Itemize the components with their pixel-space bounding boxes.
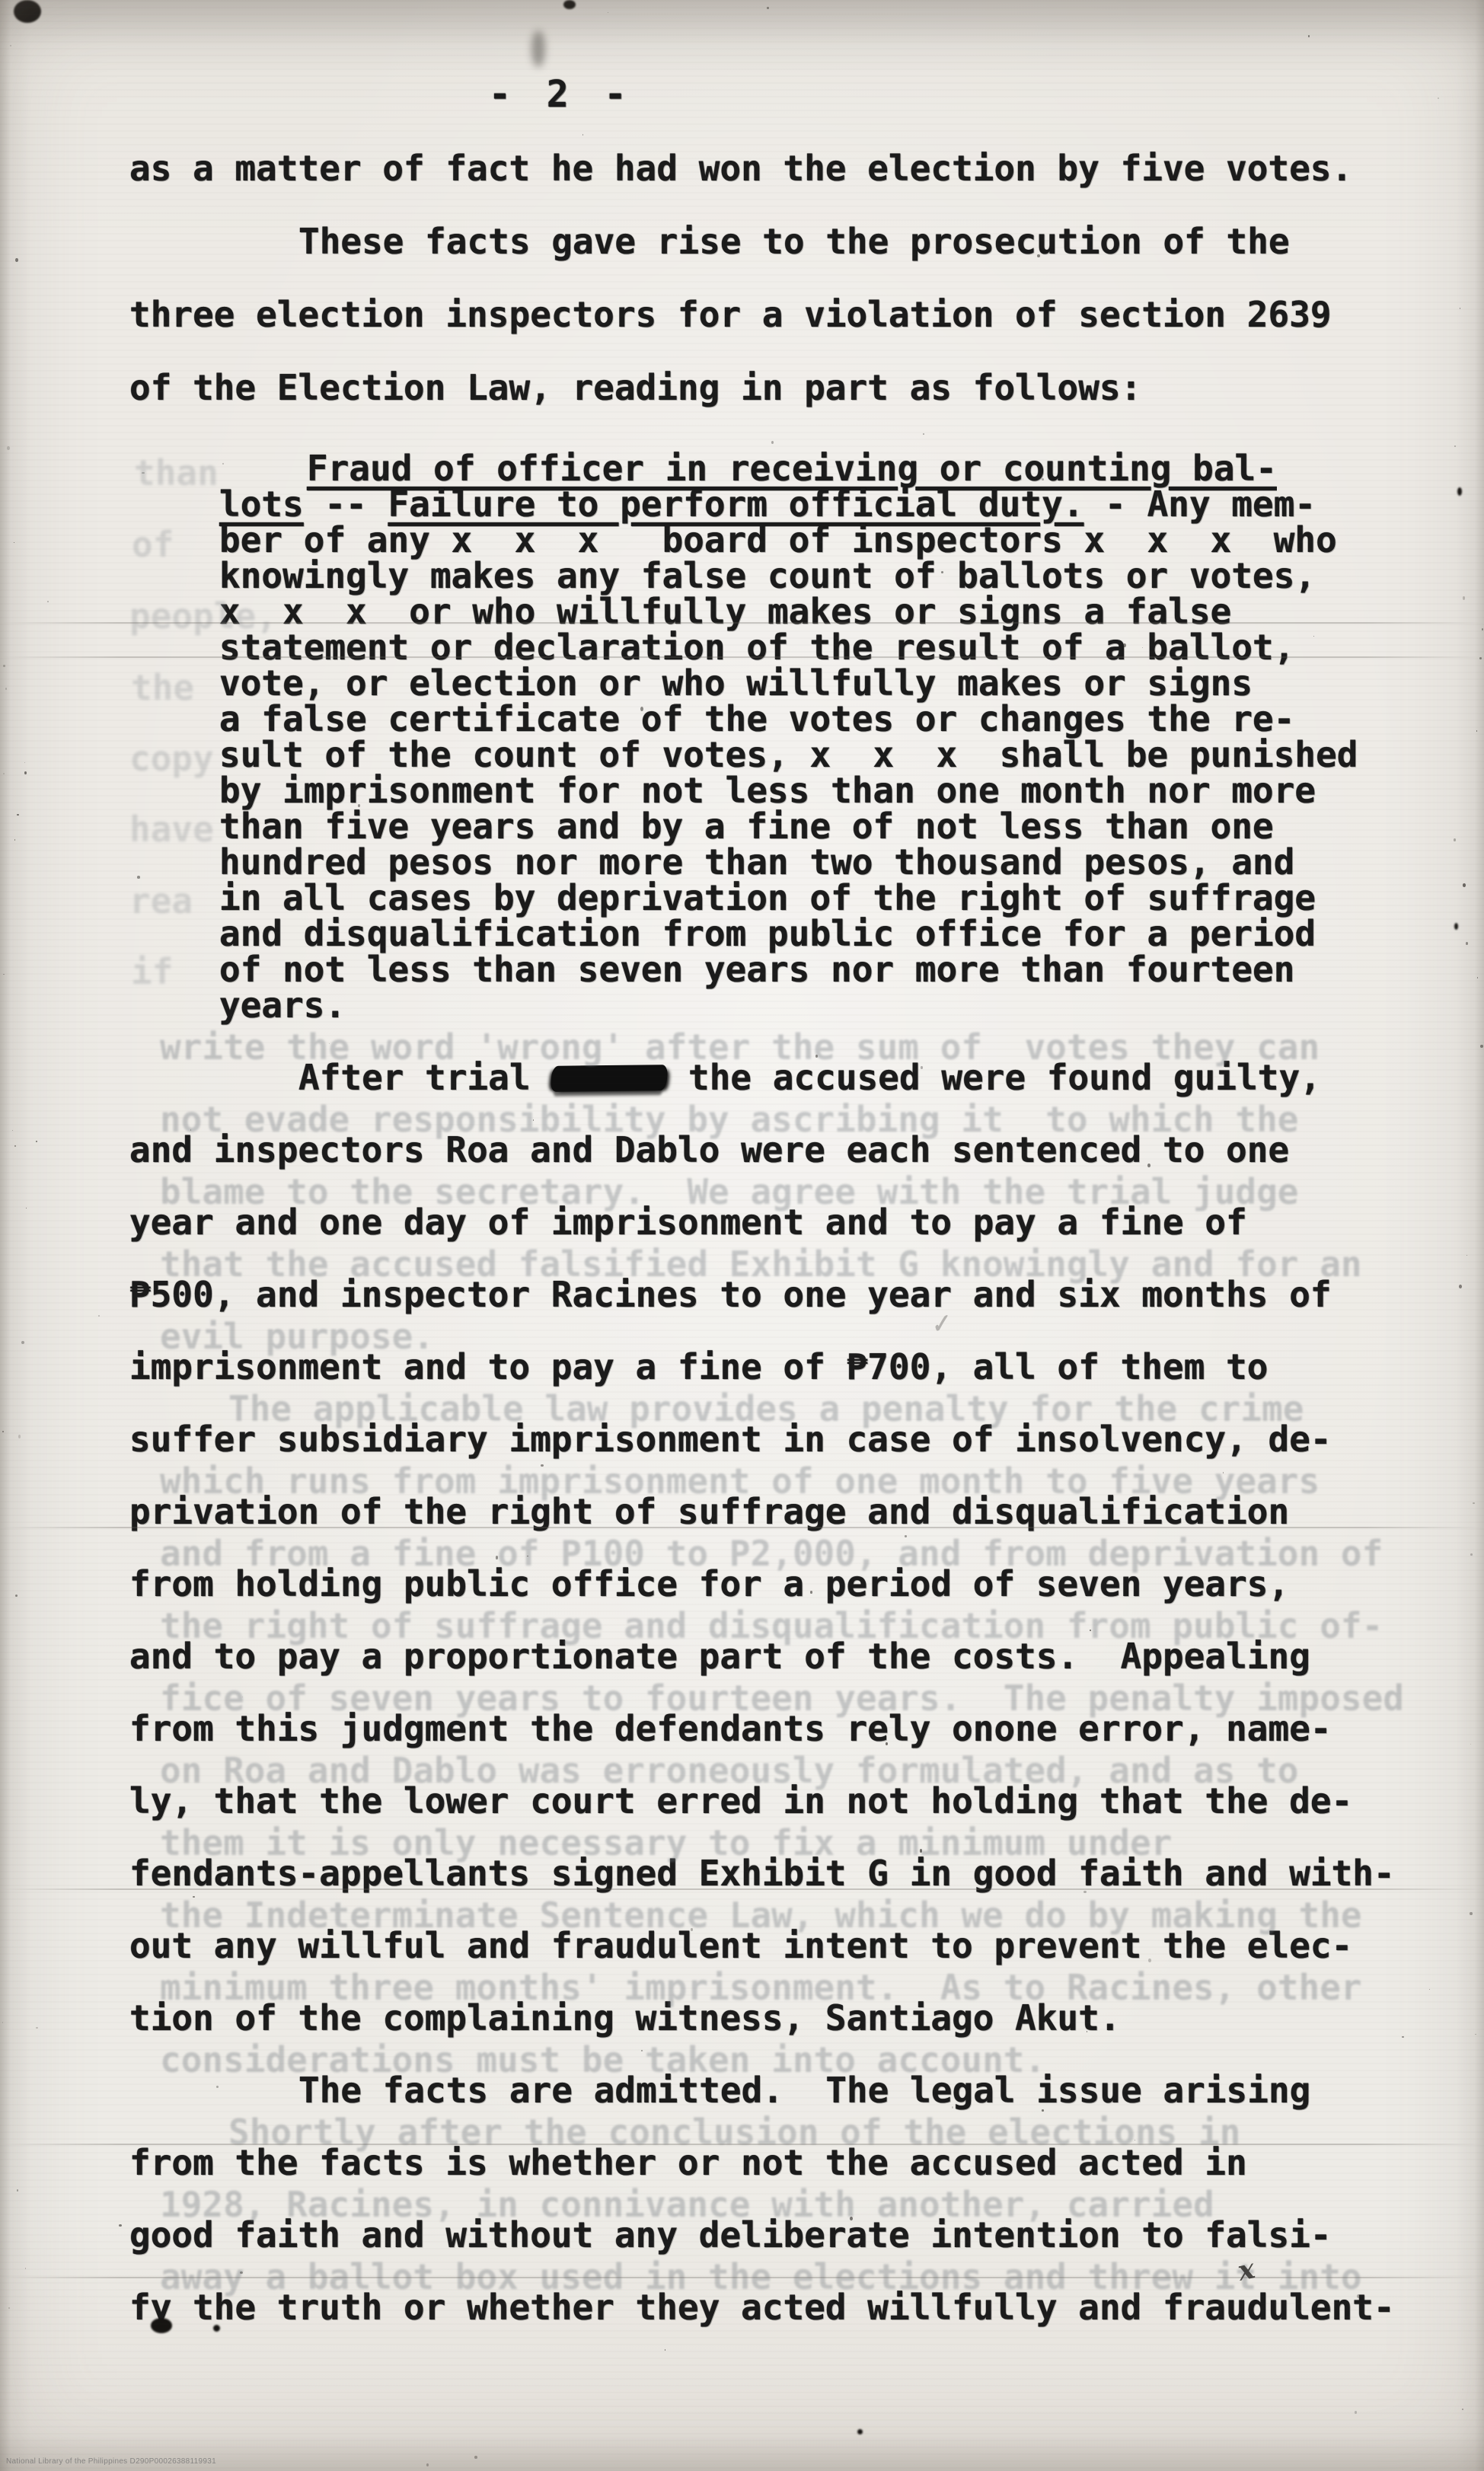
dust-speck [665,2349,665,2351]
dust-speck [1308,35,1310,37]
dust-speck [1466,1255,1467,1256]
ink-blot [857,2429,863,2434]
blockquote-line: years. [219,988,346,1023]
blockquote-line: vote, or election or who willfully makes… [219,666,1253,701]
dust-speck [1147,1164,1150,1167]
dust-speck [1402,2036,1404,2038]
bleedthrough-fragment: have [129,812,214,847]
dust-speck [7,446,10,450]
dust-speck [1473,1502,1475,1504]
dust-speck [850,2217,853,2220]
ink-blot [563,0,576,9]
bleedthrough-line: on Roa and Dablo was erroneously formula… [160,1753,1299,1788]
bleedthrough-fragment: rea [129,883,193,918]
dust-speck [25,2268,26,2269]
blockquote-line: Fraud of officer in receiving or countin… [307,451,1277,486]
dust-speck [1459,1285,1462,1288]
dust-speck [640,707,643,711]
page-number: - 2 - [489,73,633,116]
dust-speck [669,694,672,696]
dust-speck [1454,445,1456,447]
dust-speck [1475,2034,1476,2035]
dust-speck [1463,883,1466,887]
bleedthrough-line: fice of seven years to fourteen years. T… [160,1681,1404,1716]
scanner-footer-label: National Library of the Philippines D290… [6,2457,216,2466]
dust-speck [941,571,943,573]
dust-speck [14,1145,16,1147]
bleedthrough-line: away a ballot box used in the elections … [160,2259,1362,2294]
dust-speck [21,1341,24,1344]
dust-speck [36,1141,37,1142]
dust-speck [119,2224,122,2227]
text-line: three election inspectors for a violatio… [129,297,1332,332]
dust-speck [17,814,19,816]
dust-speck [905,1535,907,1537]
dust-speck [137,876,140,879]
text-line: These facts gave rise to the prosecution… [298,224,1290,259]
blockquote-line: and disqualification from public office … [219,916,1316,951]
dust-speck [24,762,25,763]
dust-speck [10,45,11,46]
dust-speck [2,2022,3,2023]
bleedthrough-line: The applicable law provides a penalty fo… [228,1391,1304,1426]
dust-speck [1007,1517,1010,1521]
dust-speck [12,1130,13,1131]
dust-speck [15,258,18,262]
dust-speck [1463,596,1465,600]
dust-speck [920,1849,922,1853]
bleedthrough-line: which runs from imprisonment of one mont… [160,1464,1320,1499]
ink-blot [14,0,41,23]
dust-speck [1148,1959,1151,1962]
bleedthrough-line: minimum three months' imprisonment. As t… [160,1970,1362,2005]
dust-speck [582,134,583,136]
bleedthrough-line: 1928, Racines, in connivance with anothe… [160,2187,1214,2222]
dust-speck [1269,978,1271,979]
dust-speck [24,771,27,774]
dust-speck [26,1208,27,1208]
bleedthrough-line: evil purpose. [160,1319,434,1354]
blockquote-line: in all cases by deprivation of the right… [219,880,1316,915]
bleedthrough-line: the Indeterminate Sentence Law, which we… [160,1898,1362,1933]
blockquote-line: a false certificate of the votes or chan… [219,701,1294,736]
bleedthrough-line: the right of suffrage and disqualificati… [160,1608,1383,1643]
dust-speck [18,1435,21,1438]
dust-speck [1480,1045,1483,1048]
blockquote-line: lots -- Failure to perform official duty… [219,487,1316,522]
bleedthrough-line: that the accused falsified Exhibit G kno… [160,1247,1362,1282]
bleedthrough-line: blame to the secretary. We agree with th… [160,1174,1299,1209]
document-page: - 2 - as a matter of fact he had won the… [0,0,1484,2471]
dust-speck [833,498,835,500]
dust-speck [14,542,14,543]
bleedthrough-line: write the word 'wrong' after the sum of … [160,1030,1320,1065]
bleedthrough-fragment: than [134,455,219,490]
dust-speck [1470,1553,1473,1556]
dust-speck [240,2271,243,2274]
dust-speck [36,2027,38,2029]
bleedthrough-line: Shortly after the conclusion of the elec… [228,2115,1240,2150]
blockquote-line: than five years and by a fine of not les… [219,809,1274,844]
dust-speck [800,2304,802,2306]
dust-speck [193,1896,195,1898]
dust-speck [1023,1288,1025,1288]
bleedthrough-fragment: the [131,670,194,705]
dust-speck [1479,657,1482,659]
dust-speck [216,2086,219,2088]
bleedthrough-line: them it is only necessary to fix a minim… [160,1825,1172,1860]
dust-speck [2,1431,4,1432]
ink-blot [1454,923,1458,930]
ink-blot [1457,487,1462,496]
text-line: as a matter of fact he had won the elect… [129,151,1352,186]
dust-speck [767,7,769,9]
dust-speck [923,433,924,435]
dust-speck [358,804,360,807]
dust-speck [17,2189,18,2192]
ink-smudge [531,30,545,67]
dust-speck [14,839,15,841]
dust-speck [1460,308,1460,309]
dust-speck [3,974,5,975]
dust-speck [1470,1912,1473,1915]
blockquote-line: ber of any x x x board of inspectors x x… [219,522,1337,557]
dust-speck [1083,1891,1087,1893]
bleedthrough-line: considerations must be taken into accoun… [160,2042,1045,2077]
blockquote-line: x x x or who willfully makes or signs a … [219,594,1231,629]
dust-speck [1476,730,1477,732]
dust-speck [1470,1744,1471,1745]
dust-speck [1482,628,1483,631]
bleedthrough-fragment: people, [129,599,277,634]
dust-speck [1090,1630,1091,1631]
blockquote-line: statement or declaration of the result o… [219,630,1294,665]
blockquote-line: hundred pesos nor more than two thousand… [219,844,1294,880]
dust-speck [921,1066,923,1069]
dust-speck [15,1595,18,1597]
dust-speck [426,2463,429,2466]
dust-speck [1466,942,1468,945]
strikeout-blob [551,1065,669,1092]
dust-speck [1355,2411,1357,2414]
dust-speck [1438,97,1439,99]
bleedthrough-fragment: copy [129,741,214,776]
bleedthrough-line: and from a fine of P100 to P2,000, and f… [160,1536,1383,1571]
dust-speck [1462,2409,1463,2410]
bleedthrough-line: not evade responsibility by ascribing it… [160,1102,1299,1137]
dust-speck [5,688,7,690]
dust-speck [3,665,5,667]
dust-speck [98,1315,100,1317]
blockquote-line: of not less than seven years nor more th… [219,952,1294,987]
dust-speck [47,601,49,602]
dust-speck [771,441,774,444]
bleedthrough-fragment: if [131,954,173,989]
dust-speck [1357,2294,1360,2298]
dust-speck [1477,977,1478,979]
ink-blot [151,2318,172,2333]
dust-speck [1313,636,1314,637]
text-line: of the Election Law, reading in part as … [129,370,1141,405]
blockquote-line: sult of the count of votes, x x x shall … [219,737,1358,772]
dust-speck [222,463,224,465]
blockquote-line: by imprisonment for not less than one mo… [219,773,1316,808]
blockquote-line: knowingly makes any false count of ballo… [219,558,1316,593]
dust-speck [1429,1989,1430,1990]
dust-speck [1454,838,1456,841]
dust-speck [886,1742,888,1745]
dust-speck [3,773,5,774]
dust-speck [416,617,419,619]
bleedthrough-fragment: of [132,527,174,562]
dust-speck [641,2050,643,2051]
dust-speck [608,12,608,13]
dust-speck [474,2456,477,2459]
dust-speck [8,2307,10,2309]
dust-speck [142,472,145,474]
dust-speck [1123,643,1126,647]
dust-speck [810,1591,812,1594]
ink-blot [213,2325,220,2332]
